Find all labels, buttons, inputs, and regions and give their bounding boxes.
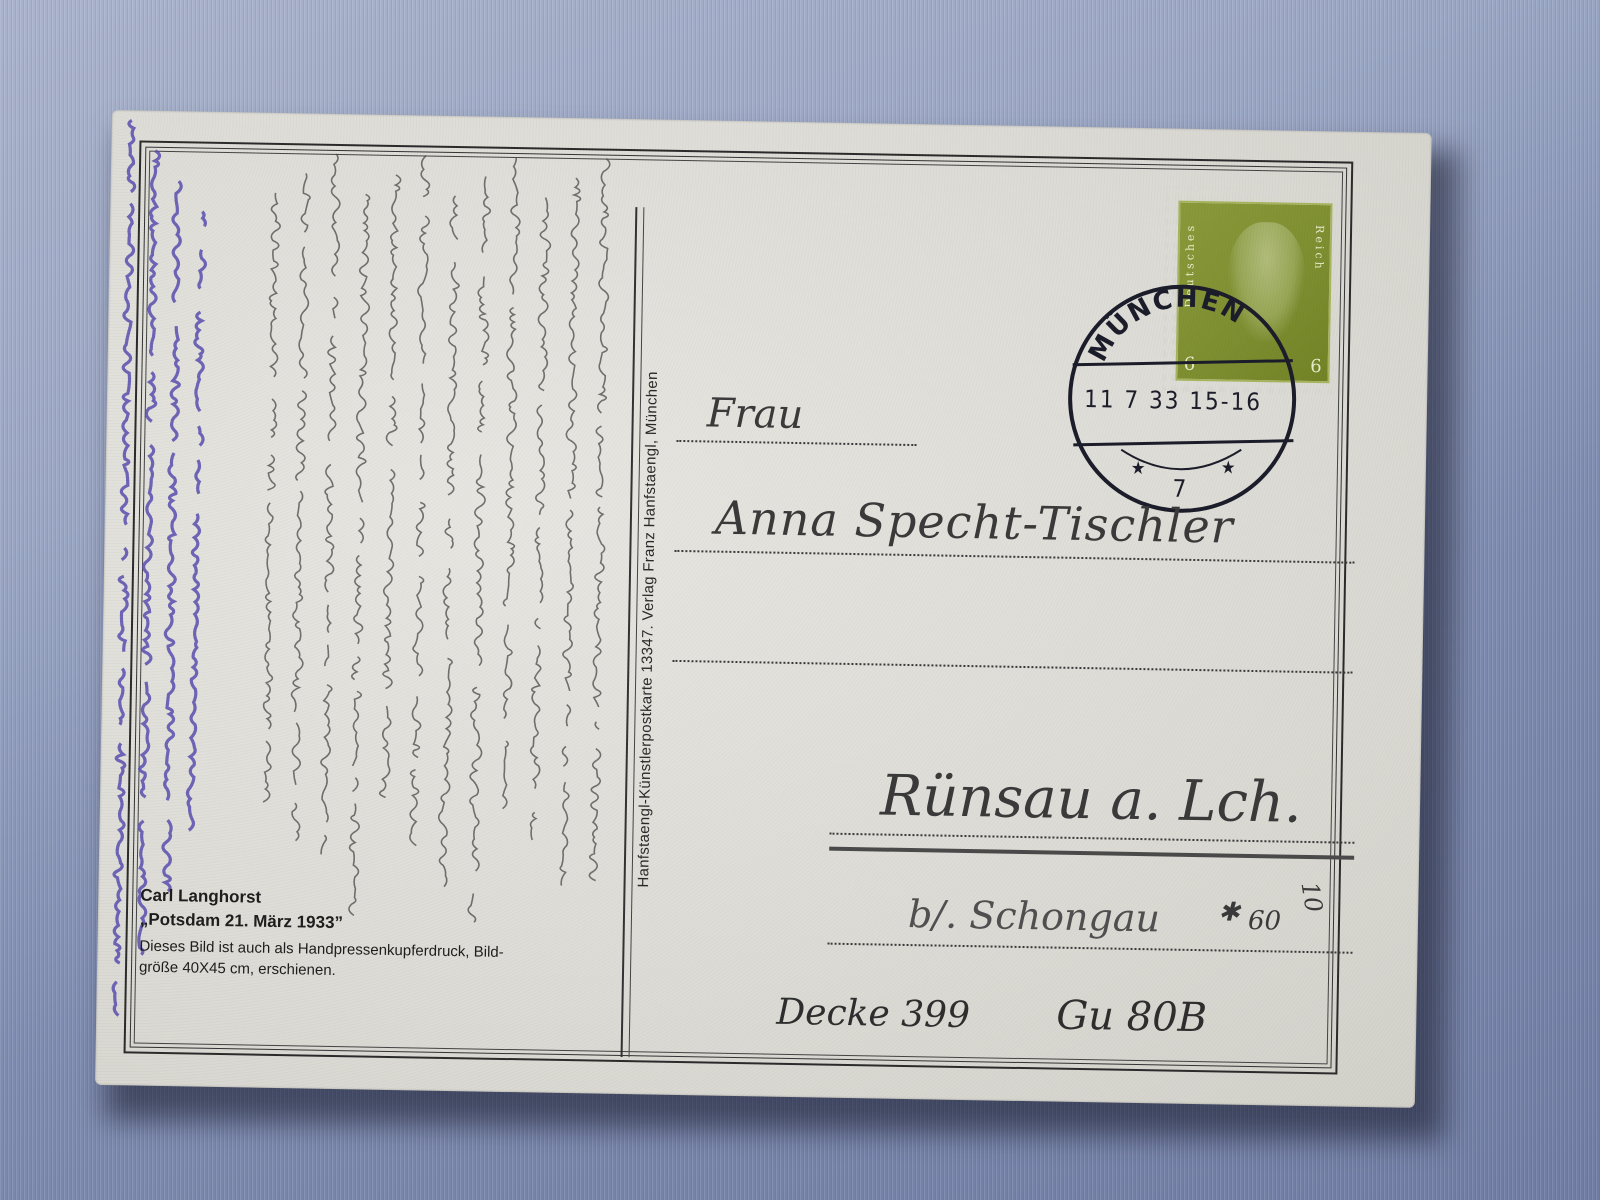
postcard: Hanfstaengl-Künstlerpostkarte 13347. Ver… (95, 110, 1432, 1108)
postmark: MÜNCHEN 11 7 33 15-16 ★ ★ 7 (1060, 277, 1304, 521)
postmark-star-right: ★ (1221, 457, 1236, 478)
stamp-value-right: 6 (1310, 356, 1322, 377)
annotation-mark: ✱ (1218, 897, 1240, 927)
artwork-title: „Potsdam 21. März 1933” (140, 910, 660, 939)
handwritten-message (96, 110, 672, 1020)
address-district: b/. Schongau (908, 892, 1161, 940)
address-town: Rünsau a. Lch. (880, 764, 1303, 836)
address-name: Anna Specht-Tischler (715, 491, 1235, 554)
postmark-date: 11 7 33 15-16 (1084, 385, 1262, 416)
annotation-side: 10 (1296, 880, 1328, 915)
pencil-note-right: Gu 80B (1056, 993, 1208, 1042)
annotation-number: 60 (1248, 906, 1282, 937)
address-salutation: Frau (706, 390, 803, 438)
pencil-note-left: Decke 399 (776, 992, 970, 1036)
svg-text:MÜNCHEN: MÜNCHEN (1083, 282, 1251, 369)
postmark-star-left: ★ (1131, 458, 1146, 479)
picture-caption: Carl Langhorst „Potsdam 21. März 1933” D… (139, 886, 661, 987)
stamp-country-right: Reich (1312, 225, 1326, 272)
